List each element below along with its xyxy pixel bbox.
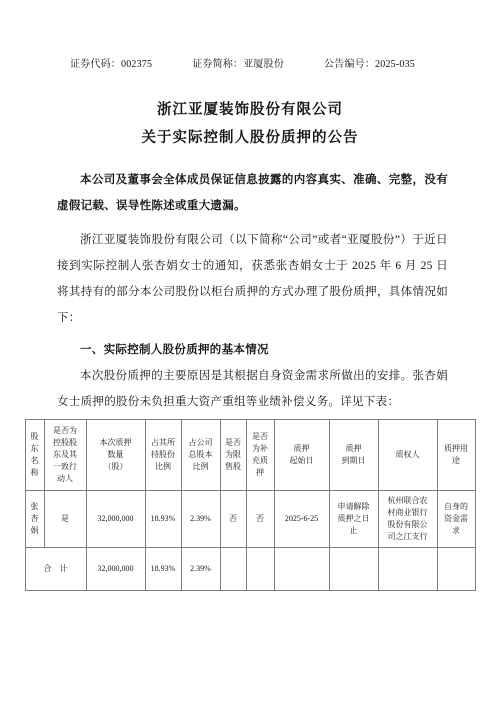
total-pct-of-total-shares: 2.39% [181, 548, 220, 591]
header-is-controlling-shareholder: 是否为 控股股 东及其 一致行 动人 [44, 420, 86, 491]
cell-pledge-purpose: 自身的 资金需 求 [437, 491, 475, 548]
total-empty-6 [437, 548, 475, 591]
document-header-row: 证券代码：002375 证券简称：亚厦股份 公告编号：2025-035 [0, 0, 500, 70]
stock-code: 证券代码：002375 [70, 55, 152, 70]
total-empty-1 [220, 548, 246, 591]
cell-pledgee: 杭州联合农 村商业银行 股份有限公 司之江支行 [378, 491, 437, 548]
announcement-number: 公告编号：2025-035 [324, 55, 415, 70]
total-empty-5 [378, 548, 437, 591]
cell-pct-of-total-shares: 2.39% [181, 491, 220, 548]
cell-pledge-end-date: 申请解除 质押之日 止 [329, 491, 378, 548]
header-shareholder-name: 股 东 名 称 [25, 420, 44, 491]
table-total-row: 合 计 32,000,000 18.93% 2.39% [25, 548, 475, 591]
stock-name: 证券简称：亚厦股份 [192, 55, 284, 70]
total-empty-2 [246, 548, 274, 591]
header-pct-of-holdings: 占其所 持股份 比例 [145, 420, 181, 491]
header-pledgee: 质权人 [378, 420, 437, 491]
total-label: 合 计 [25, 548, 86, 591]
header-pledge-end-date: 质押 到期日 [329, 420, 378, 491]
section-1-heading: 一、实际控制人股份质押的基本情况 [57, 337, 448, 363]
announcement-page: 证券代码：002375 证券简称：亚厦股份 公告编号：2025-035 浙江亚厦… [0, 0, 500, 707]
total-pct-of-holdings: 18.93% [145, 548, 181, 591]
total-pledge-quantity: 32,000,000 [86, 548, 145, 591]
truthfulness-statement: 本公司及董事会全体成员保证信息披露的内容真实、准确、完整，没有虚假记载、误导性陈… [57, 167, 448, 219]
section-1-body: 本次股份质押的主要原因是其根据自身资金需求所做出的安排。张杏娟女士质押的股份未负… [57, 363, 448, 415]
cell-shareholder-name: 张 杏 娟 [25, 491, 44, 548]
cell-is-restricted-shares: 否 [220, 491, 246, 548]
header-is-supplementary-pledge: 是否 为补 充质 押 [246, 420, 274, 491]
header-pledge-start-date: 质押 起始日 [274, 420, 329, 491]
header-pct-of-total-shares: 占公司 总股本 比例 [181, 420, 220, 491]
title-line-2: 关于实际控制人股份质押的公告 [0, 124, 500, 152]
header-pledge-quantity: 本次质押 数量 （股） [86, 420, 145, 491]
title-line-1: 浙江亚厦装饰股份有限公司 [0, 96, 500, 124]
cell-is-controlling-shareholder: 是 [44, 491, 86, 548]
total-empty-4 [329, 548, 378, 591]
document-title: 浙江亚厦装饰股份有限公司 关于实际控制人股份质押的公告 [0, 96, 500, 152]
intro-paragraph: 浙江亚厦装饰股份有限公司（以下简称“公司”或者“亚厦股份”）于近日接到实际控制人… [57, 227, 448, 331]
pledge-details-table: 股 东 名 称 是否为 控股股 东及其 一致行 动人 本次质押 数量 （股） 占… [25, 419, 476, 591]
cell-is-supplementary-pledge: 否 [246, 491, 274, 548]
total-empty-3 [274, 548, 329, 591]
cell-pledge-quantity: 32,000,000 [86, 491, 145, 548]
header-pledge-purpose: 质押用 途 [437, 420, 475, 491]
table-row: 张 杏 娟 是 32,000,000 18.93% 2.39% 否 否 2025… [25, 491, 475, 548]
cell-pct-of-holdings: 18.93% [145, 491, 181, 548]
cell-pledge-start-date: 2025-6-25 [274, 491, 329, 548]
header-is-restricted-shares: 是否 为限 售股 [220, 420, 246, 491]
table-header-row: 股 东 名 称 是否为 控股股 东及其 一致行 动人 本次质押 数量 （股） 占… [25, 420, 475, 491]
